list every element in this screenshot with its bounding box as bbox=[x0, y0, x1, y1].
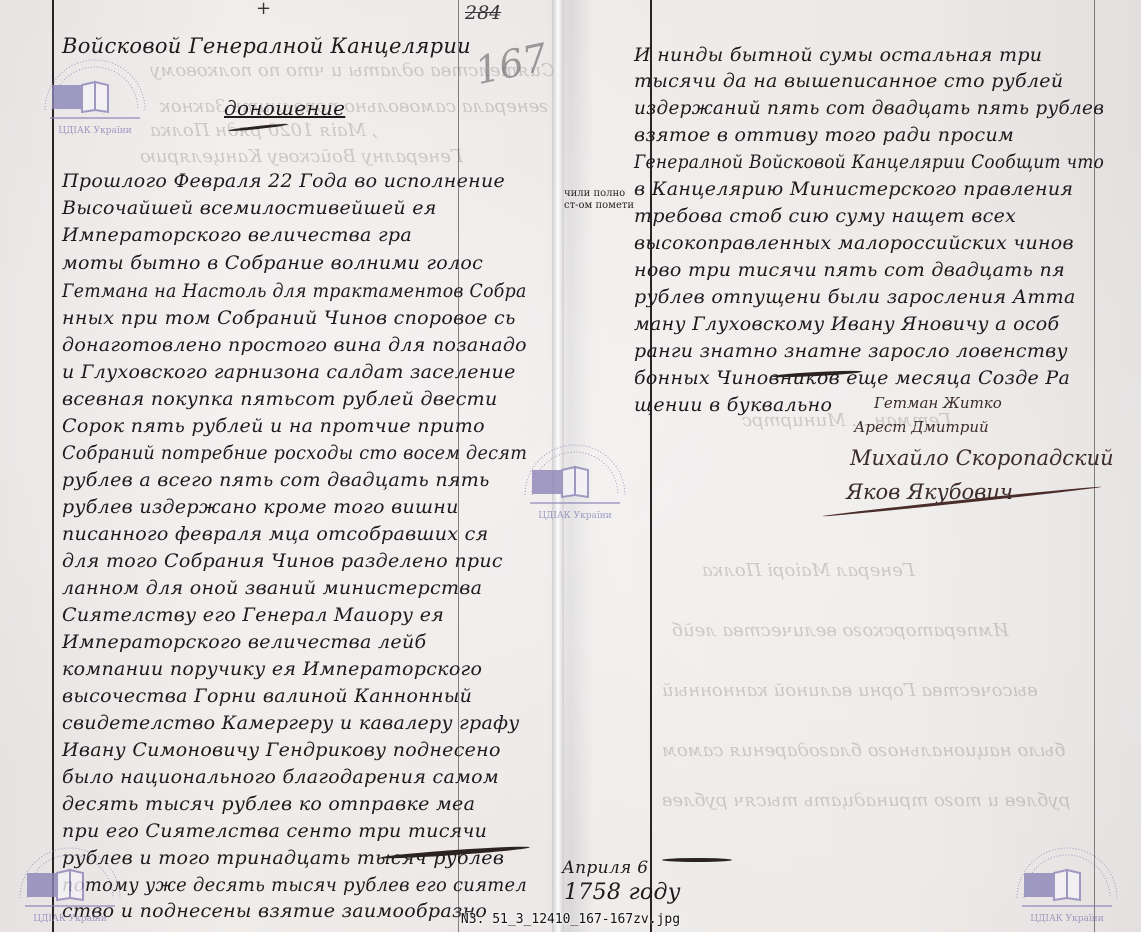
text-line: Императорского величества лейб bbox=[62, 631, 426, 653]
cross-mark: + bbox=[256, 0, 271, 19]
signature-3: Михайло Скоропадский bbox=[850, 446, 1114, 470]
text-line: рублев издержано кроме того вишни bbox=[62, 496, 459, 518]
image-filename-caption: N3. 51_3_12410_167-167zv.jpg bbox=[0, 912, 1141, 927]
signature-1: Гетман Житко bbox=[874, 394, 1002, 412]
scanned-document: Сиятелства одлаты и что по полковому ген… bbox=[0, 0, 1141, 932]
archive-watermark-stamp: ЦДІАК України bbox=[30, 40, 160, 140]
text-line: высокоправленных малороссийских чинов bbox=[634, 232, 1074, 254]
text-line: всевная покупка пятьсот рублей двести bbox=[62, 388, 498, 410]
text-line: для того Собрания Чинов разделено прис bbox=[62, 550, 503, 572]
archive-page-number: 167 bbox=[471, 35, 551, 93]
date-flourish bbox=[662, 858, 732, 862]
date-month: Априля 6 bbox=[562, 858, 648, 878]
text-line: рублев отпущени были заросления Атта bbox=[634, 286, 1076, 308]
text-line: тысячи да на вышеписанное сто рублей bbox=[634, 70, 1063, 92]
text-line: высочества Горни валиной Каннонный bbox=[62, 685, 472, 707]
margin-note: чили полно ст-ом помети bbox=[564, 188, 634, 212]
svg-text:ЦДІАК України: ЦДІАК України bbox=[538, 511, 612, 521]
right-page: чили полно ст-ом помети Гетман ... Минир… bbox=[562, 0, 1141, 932]
text-line: Сиятелству его Генерал Маиору ея bbox=[62, 604, 444, 626]
text-line: издержаний пять сот двадцать пять рублев bbox=[634, 97, 1104, 119]
text-line: моты бытно в Собрание волними голос bbox=[62, 252, 483, 274]
text-line: Гетмана на Настоль для трактаментов Собр… bbox=[62, 280, 527, 302]
text-line: десять тысяч рублев ко отправке меа bbox=[62, 793, 475, 815]
date-year: 1758 году bbox=[564, 880, 681, 905]
text-line: ранги знатно знатне заросло ловенству bbox=[634, 340, 1068, 362]
text-line: свидетелство Камергеру и кавалеру графу bbox=[62, 712, 520, 734]
folio-number: 284 bbox=[465, 2, 501, 24]
text-line: И нинды бытной сумы остальная три bbox=[634, 44, 1042, 66]
text-line: взятое в оттиву того ради просим bbox=[634, 124, 1014, 146]
text-line: ману Глуховскому Ивану Яновичу а особ bbox=[634, 313, 1059, 335]
text-line: ново три тисячи пять сот двадцать пя bbox=[634, 259, 1065, 281]
document-type: доношение bbox=[224, 96, 345, 120]
text-line: Прошлого Февраля 22 Года во исполнение bbox=[62, 170, 505, 192]
text-line: Сорок пять рублей и на протчие прито bbox=[62, 415, 485, 437]
text-line: компании поручику ея Императорского bbox=[62, 658, 482, 680]
signature-2: Арест Дмитрий bbox=[854, 418, 989, 436]
text-line: нных при том Собраний Чинов споровое сь bbox=[62, 307, 516, 329]
archive-watermark-stamp: ЦДІАК України bbox=[510, 425, 640, 525]
text-line: Ивану Симоновичу Гендрикову поднесено bbox=[62, 739, 501, 761]
text-line: Генералной Войсковой Канцелярии Сообщит … bbox=[634, 151, 1104, 173]
svg-text:ЦДІАК України: ЦДІАК України bbox=[58, 126, 132, 136]
text-line: требова стоб сию суму нащет всех bbox=[634, 205, 1016, 227]
text-line: Императорского величества гра bbox=[62, 224, 412, 246]
text-line: ланном для оной званий министерства bbox=[62, 577, 482, 599]
text-line: писанного февраля мца отсобравших ся bbox=[62, 523, 488, 545]
text-line: Высочайшей всемилостивейшей ея bbox=[62, 197, 437, 219]
text-line: было национального благодарения самом bbox=[62, 766, 499, 788]
text-line: Собраний потребние росходы сто восем дес… bbox=[62, 442, 527, 464]
text-line: щении в буквально bbox=[634, 394, 832, 416]
text-line: и Глуховского гарнизона салдат заселение bbox=[62, 361, 516, 383]
signature-4: Яков Якубович bbox=[846, 480, 1013, 504]
text-line: в Канцелярию Министерского правления bbox=[634, 178, 1073, 200]
text-line: донаготовлено простого вина для позанадо bbox=[62, 334, 527, 356]
text-line: рублев а всего пять сот двадцать пять bbox=[62, 469, 490, 491]
